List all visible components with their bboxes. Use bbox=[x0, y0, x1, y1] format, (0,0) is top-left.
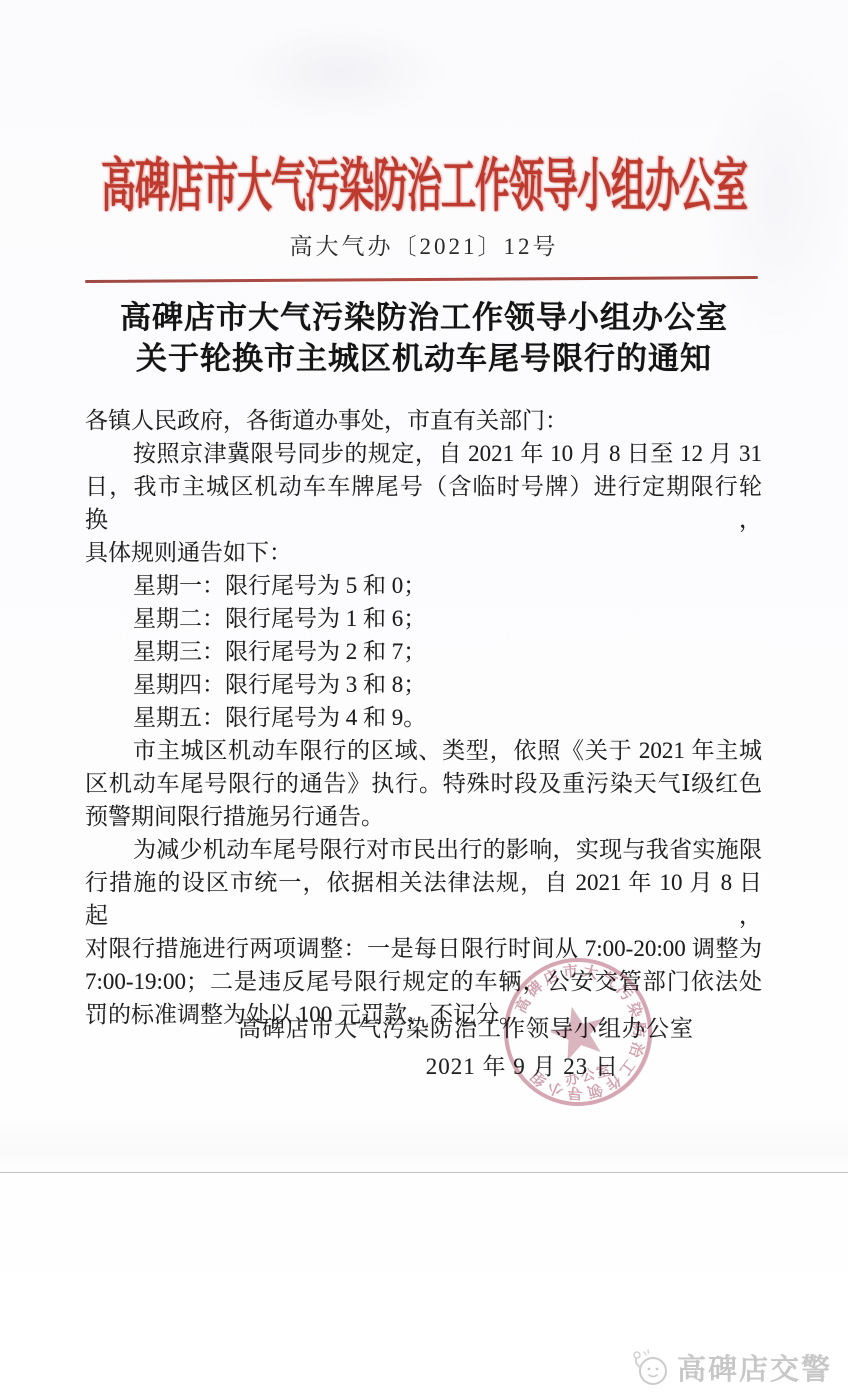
scanned-official-notice: 高碑店市大气污染防治工作领导小组办公室 高大气办〔2021〕12号 高碑店市大气… bbox=[0, 0, 848, 1400]
schedule-line: 星期一：限行尾号为 5 和 0； bbox=[85, 569, 762, 602]
body-line: 行措施的设区市统一，依据相关法律法规，自 2021 年 10 月 8 日起， bbox=[85, 866, 762, 932]
body-line: 对限行措施进行两项调整：一是每日限行时间从 7:00-20:00 调整为 bbox=[85, 932, 762, 965]
body-line: 日，我市主城区机动车车牌尾号（含临时号牌）进行定期限行轮换， bbox=[85, 470, 762, 536]
scan-page-edge bbox=[0, 1172, 848, 1173]
seal-star-icon bbox=[545, 1000, 611, 1063]
schedule-line: 星期四：限行尾号为 3 和 8； bbox=[85, 668, 762, 701]
salutation: 各镇人民政府，各街道办事处，市直有关部门： bbox=[85, 404, 762, 437]
notice-title: 高碑店市大气污染防治工作领导小组办公室 关于轮换市主城区机动车尾号限行的通知 bbox=[0, 297, 848, 379]
watermark: 高碑店交警 bbox=[627, 1344, 832, 1390]
body-line: 为减少机动车尾号限行对市民出行的影响，实现与我省实施限 bbox=[85, 833, 762, 866]
body-line: 预警期间限行措施另行通告。 bbox=[85, 800, 762, 833]
schedule-line: 星期五：限行尾号为 4 和 9。 bbox=[85, 701, 762, 734]
watermark-label: 高碑店交警 bbox=[677, 1347, 832, 1388]
body-line: 区机动车尾号限行的通告》执行。特殊时段及重污染天气Ⅰ级红色 bbox=[85, 767, 762, 800]
body-lines: 按照京津冀限号同步的规定，自 2021 年 10 月 8 日至 12 月 31日… bbox=[85, 437, 762, 1031]
police-mascot-icon bbox=[627, 1344, 673, 1390]
document-number: 高大气办〔2021〕12号 bbox=[0, 228, 848, 261]
schedule-line: 星期二：限行尾号为 1 和 6； bbox=[85, 602, 762, 635]
notice-title-line2: 关于轮换市主城区机动车尾号限行的通知 bbox=[0, 338, 848, 379]
schedule-line: 星期三：限行尾号为 2 和 7； bbox=[85, 635, 762, 668]
body-line: 按照京津冀限号同步的规定，自 2021 年 10 月 8 日至 12 月 31 bbox=[85, 437, 762, 470]
letterhead-divider-rule bbox=[85, 276, 758, 283]
document-body: 各镇人民政府，各街道办事处，市直有关部门： 按照京津冀限号同步的规定，自 202… bbox=[85, 404, 762, 1031]
body-line: 具体规则通告如下： bbox=[85, 536, 762, 569]
scan-artifact bbox=[0, 1115, 848, 1171]
body-line: 市主城区机动车限行的区域、类型，依照《关于 2021 年主城 bbox=[85, 734, 762, 767]
body-line: 7:00-19:00；二是违反尾号限行规定的车辆，公安交管部门依法处 bbox=[85, 965, 762, 998]
letterhead-org-title: 高碑店市大气污染防治工作领导小组办公室 bbox=[0, 141, 848, 224]
notice-title-line1: 高碑店市大气污染防治工作领导小组办公室 bbox=[0, 297, 848, 338]
scan-artifact bbox=[230, 22, 450, 122]
